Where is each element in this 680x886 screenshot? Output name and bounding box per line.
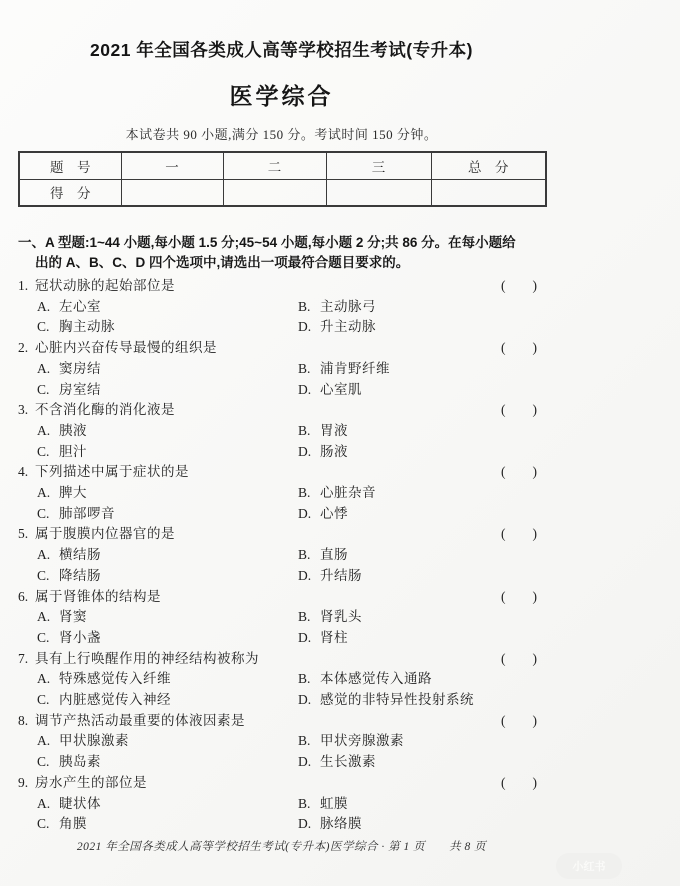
option-text: 本体感觉传入通路	[320, 669, 432, 690]
question-block: 7. 具有上行唤醒作用的神经结构被称为 ( ) A. 特殊感觉传入纤维 B. 本…	[18, 649, 545, 711]
option: D. 升结肠	[298, 566, 362, 587]
option: A. 窦房结	[37, 359, 298, 380]
answer-bracket: ( )	[501, 587, 537, 608]
question-text: 不含消化酶的消化液是	[35, 402, 175, 417]
option-text: 睫状体	[59, 794, 101, 815]
option-text: 心室肌	[320, 380, 362, 401]
option: A. 横结肠	[37, 545, 298, 566]
option: A. 胰液	[37, 421, 298, 442]
option-text: 虹膜	[320, 794, 348, 815]
option-label: D.	[298, 566, 320, 587]
option-text: 生长激素	[320, 752, 376, 773]
question-line: 6. 属于肾锥体的结构是 ( )	[18, 587, 545, 608]
option-label: A.	[37, 607, 59, 628]
score-table-header-cell: 总 分	[431, 152, 546, 179]
question-number: 2.	[18, 338, 28, 359]
question-number: 7.	[18, 649, 28, 670]
option-row: C. 降结肠 D. 升结肠	[18, 566, 545, 587]
question-line: 3. 不含消化酶的消化液是 ( )	[18, 400, 545, 421]
option-text: 胰液	[59, 421, 87, 442]
option-label: D.	[298, 690, 320, 711]
option-label: B.	[298, 607, 320, 628]
option-label: B.	[298, 359, 320, 380]
option-text: 角膜	[59, 814, 87, 835]
option: C. 角膜	[37, 814, 298, 835]
option-text: 心悸	[320, 504, 348, 525]
option-label: A.	[37, 731, 59, 752]
question-line: 7. 具有上行唤醒作用的神经结构被称为 ( )	[18, 649, 545, 670]
option-text: 甲状腺激素	[59, 731, 129, 752]
option: B. 甲状旁腺激素	[298, 731, 404, 752]
option-text: 胰岛素	[59, 752, 101, 773]
option: A. 脾大	[37, 483, 298, 504]
option: C. 胆汁	[37, 442, 298, 463]
option-text: 胸主动脉	[59, 317, 115, 338]
question-line: 2. 心脏内兴奋传导最慢的组织是 ( )	[18, 338, 545, 359]
option-label: D.	[298, 317, 320, 338]
option-label: C.	[37, 504, 59, 525]
questions-list: 1. 冠状动脉的起始部位是 ( ) A. 左心室 B. 主动脉弓 C. 胸主动脉…	[18, 276, 545, 835]
score-empty-cell	[431, 179, 546, 206]
question-text: 冠状动脉的起始部位是	[35, 278, 175, 293]
option-label: D.	[298, 814, 320, 835]
option-label: A.	[37, 359, 59, 380]
question-number: 5.	[18, 524, 28, 545]
question-block: 5. 属于腹膜内位器官的是 ( ) A. 横结肠 B. 直肠 C. 降结肠 D.…	[18, 524, 545, 586]
score-empty-cell	[326, 179, 431, 206]
option-label: D.	[298, 380, 320, 401]
option-label: C.	[37, 317, 59, 338]
option-text: 升结肠	[320, 566, 362, 587]
watermark-badge: 小红书	[556, 853, 622, 879]
question-text: 调节产热活动最重要的体液因素是	[35, 713, 245, 728]
question-text: 心脏内兴奋传导最慢的组织是	[35, 340, 217, 355]
option-label: B.	[298, 483, 320, 504]
option-text: 横结肠	[59, 545, 101, 566]
option-text: 脾大	[59, 483, 87, 504]
answer-bracket: ( )	[501, 711, 537, 732]
option-text: 脉络膜	[320, 814, 362, 835]
question-block: 4. 下列描述中属于症状的是 ( ) A. 脾大 B. 心脏杂音 C. 肺部啰音…	[18, 462, 545, 524]
section-heading: 一、A 型题:1~44 小题,每小题 1.5 分;45~54 小题,每小题 2 …	[18, 233, 545, 272]
option: A. 睫状体	[37, 794, 298, 815]
option: A. 肾窦	[37, 607, 298, 628]
option-label: B.	[298, 545, 320, 566]
question-number: 3.	[18, 400, 28, 421]
exam-title: 2021 年全国各类成人高等学校招生考试(专升本)	[18, 40, 545, 60]
score-table-header-cell: 二	[223, 152, 326, 179]
option-text: 甲状旁腺激素	[320, 731, 404, 752]
option-label: B.	[298, 297, 320, 318]
option-row: A. 左心室 B. 主动脉弓	[18, 297, 545, 318]
option: C. 肺部啰音	[37, 504, 298, 525]
question-block: 3. 不含消化酶的消化液是 ( ) A. 胰液 B. 胃液 C. 胆汁 D. 肠…	[18, 400, 545, 462]
question-line: 9. 房水产生的部位是 ( )	[18, 773, 545, 794]
question-text: 具有上行唤醒作用的神经结构被称为	[35, 651, 259, 666]
question-block: 6. 属于肾锥体的结构是 ( ) A. 肾窦 B. 肾乳头 C. 肾小盏 D. …	[18, 587, 545, 649]
option: C. 胸主动脉	[37, 317, 298, 338]
exam-page: 2021 年全国各类成人高等学校招生考试(专升本) 医学综合 本试卷共 90 小…	[0, 0, 680, 886]
option: A. 甲状腺激素	[37, 731, 298, 752]
option-label: D.	[298, 504, 320, 525]
exam-content: 2021 年全国各类成人高等学校招生考试(专升本) 医学综合 本试卷共 90 小…	[18, 0, 545, 835]
option-row: A. 胰液 B. 胃液	[18, 421, 545, 442]
answer-bracket: ( )	[501, 276, 537, 297]
option-text: 升主动脉	[320, 317, 376, 338]
section-heading-line2: 出的 A、B、C、D 四个选项中,请选出一项最符合题目要求的。	[18, 253, 545, 273]
option: A. 特殊感觉传入纤维	[37, 669, 298, 690]
option: B. 虹膜	[298, 794, 348, 815]
option: B. 心脏杂音	[298, 483, 376, 504]
answer-bracket: ( )	[501, 338, 537, 359]
option-label: B.	[298, 794, 320, 815]
question-block: 2. 心脏内兴奋传导最慢的组织是 ( ) A. 窦房结 B. 浦肯野纤维 C. …	[18, 338, 545, 400]
option-label: A.	[37, 483, 59, 504]
option-text: 感觉的非特异性投射系统	[320, 690, 474, 711]
option: D. 肠液	[298, 442, 348, 463]
question-block: 8. 调节产热活动最重要的体液因素是 ( ) A. 甲状腺激素 B. 甲状旁腺激…	[18, 711, 545, 773]
option-label: A.	[37, 545, 59, 566]
question-number: 4.	[18, 462, 28, 483]
option-row: C. 角膜 D. 脉络膜	[18, 814, 545, 835]
option-label: A.	[37, 794, 59, 815]
question-text: 下列描述中属于症状的是	[35, 464, 189, 479]
option: D. 心室肌	[298, 380, 362, 401]
option-label: D.	[298, 628, 320, 649]
option-row: C. 胆汁 D. 肠液	[18, 442, 545, 463]
option-row: C. 肺部啰音 D. 心悸	[18, 504, 545, 525]
option: C. 胰岛素	[37, 752, 298, 773]
question-line: 8. 调节产热活动最重要的体液因素是 ( )	[18, 711, 545, 732]
option-text: 降结肠	[59, 566, 101, 587]
option-text: 主动脉弓	[320, 297, 376, 318]
option-label: C.	[37, 566, 59, 587]
option-row: C. 内脏感觉传入神经 D. 感觉的非特异性投射系统	[18, 690, 545, 711]
option: D. 心悸	[298, 504, 348, 525]
option: B. 肾乳头	[298, 607, 362, 628]
option: D. 感觉的非特异性投射系统	[298, 690, 474, 711]
option-row: A. 肾窦 B. 肾乳头	[18, 607, 545, 628]
option-label: A.	[37, 421, 59, 442]
option-label: C.	[37, 380, 59, 401]
score-empty-cell	[121, 179, 223, 206]
exam-note: 本试卷共 90 小题,满分 150 分。考试时间 150 分钟。	[18, 127, 545, 142]
question-number: 9.	[18, 773, 28, 794]
option-row: A. 脾大 B. 心脏杂音	[18, 483, 545, 504]
option-text: 内脏感觉传入神经	[59, 690, 171, 711]
question-text: 属于肾锥体的结构是	[35, 589, 161, 604]
option-text: 肾窦	[59, 607, 87, 628]
option-row: C. 胰岛素 D. 生长激素	[18, 752, 545, 773]
question-number: 1.	[18, 276, 28, 297]
score-table-header-cell: 题 号	[19, 152, 121, 179]
option-text: 左心室	[59, 297, 101, 318]
option: B. 胃液	[298, 421, 348, 442]
question-line: 5. 属于腹膜内位器官的是 ( )	[18, 524, 545, 545]
option-row: A. 窦房结 B. 浦肯野纤维	[18, 359, 545, 380]
score-table-header-cell: 三	[326, 152, 431, 179]
score-table-score-row: 得 分	[19, 179, 546, 206]
option-label: C.	[37, 814, 59, 835]
option-label: C.	[37, 442, 59, 463]
option-label: C.	[37, 628, 59, 649]
exam-subject-title: 医学综合	[18, 83, 545, 109]
option-row: C. 房室结 D. 心室肌	[18, 380, 545, 401]
option-text: 肠液	[320, 442, 348, 463]
option-text: 直肠	[320, 545, 348, 566]
option-row: A. 睫状体 B. 虹膜	[18, 794, 545, 815]
answer-bracket: ( )	[501, 773, 537, 794]
option-label: C.	[37, 752, 59, 773]
option-text: 房室结	[59, 380, 101, 401]
option: C. 房室结	[37, 380, 298, 401]
answer-bracket: ( )	[501, 524, 537, 545]
option-label: D.	[298, 442, 320, 463]
answer-bracket: ( )	[501, 649, 537, 670]
option: D. 脉络膜	[298, 814, 362, 835]
option-row: A. 甲状腺激素 B. 甲状旁腺激素	[18, 731, 545, 752]
option: C. 内脏感觉传入神经	[37, 690, 298, 711]
question-line: 1. 冠状动脉的起始部位是 ( )	[18, 276, 545, 297]
option-text: 肾柱	[320, 628, 348, 649]
score-label-cell: 得 分	[19, 179, 121, 206]
option: A. 左心室	[37, 297, 298, 318]
option: B. 浦肯野纤维	[298, 359, 390, 380]
question-text: 房水产生的部位是	[35, 775, 147, 790]
option-label: C.	[37, 690, 59, 711]
score-table-header-row: 题 号 一 二 三 总 分	[19, 152, 546, 179]
option-text: 胆汁	[59, 442, 87, 463]
option-label: B.	[298, 669, 320, 690]
score-table-header-cell: 一	[121, 152, 223, 179]
option: D. 生长激素	[298, 752, 376, 773]
option-label: D.	[298, 752, 320, 773]
question-number: 6.	[18, 587, 28, 608]
option: D. 肾柱	[298, 628, 348, 649]
section-heading-line1: 一、A 型题:1~44 小题,每小题 1.5 分;45~54 小题,每小题 2 …	[18, 233, 545, 253]
score-table: 题 号 一 二 三 总 分 得 分	[18, 151, 547, 207]
option-label: A.	[37, 669, 59, 690]
question-line: 4. 下列描述中属于症状的是 ( )	[18, 462, 545, 483]
option-text: 肾乳头	[320, 607, 362, 628]
question-text: 属于腹膜内位器官的是	[35, 526, 175, 541]
option-row: A. 特殊感觉传入纤维 B. 本体感觉传入通路	[18, 669, 545, 690]
score-empty-cell	[223, 179, 326, 206]
option-label: B.	[298, 421, 320, 442]
answer-bracket: ( )	[501, 400, 537, 421]
option: C. 降结肠	[37, 566, 298, 587]
option-row: C. 胸主动脉 D. 升主动脉	[18, 317, 545, 338]
page-footer: 2021 年全国各类成人高等学校招生考试(专升本)医学综合 · 第 1 页 共 …	[18, 838, 545, 854]
option-text: 特殊感觉传入纤维	[59, 669, 171, 690]
option-text: 肺部啰音	[59, 504, 115, 525]
option-row: C. 肾小盏 D. 肾柱	[18, 628, 545, 649]
option: B. 直肠	[298, 545, 348, 566]
option-text: 心脏杂音	[320, 483, 376, 504]
option-row: A. 横结肠 B. 直肠	[18, 545, 545, 566]
option: C. 肾小盏	[37, 628, 298, 649]
question-block: 9. 房水产生的部位是 ( ) A. 睫状体 B. 虹膜 C. 角膜 D. 脉络…	[18, 773, 545, 835]
option-text: 胃液	[320, 421, 348, 442]
option-label: B.	[298, 731, 320, 752]
answer-bracket: ( )	[501, 462, 537, 483]
question-block: 1. 冠状动脉的起始部位是 ( ) A. 左心室 B. 主动脉弓 C. 胸主动脉…	[18, 276, 545, 338]
option-text: 窦房结	[59, 359, 101, 380]
option: B. 主动脉弓	[298, 297, 376, 318]
option: D. 升主动脉	[298, 317, 376, 338]
option: B. 本体感觉传入通路	[298, 669, 432, 690]
question-number: 8.	[18, 711, 28, 732]
option-text: 肾小盏	[59, 628, 101, 649]
option-text: 浦肯野纤维	[320, 359, 390, 380]
option-label: A.	[37, 297, 59, 318]
